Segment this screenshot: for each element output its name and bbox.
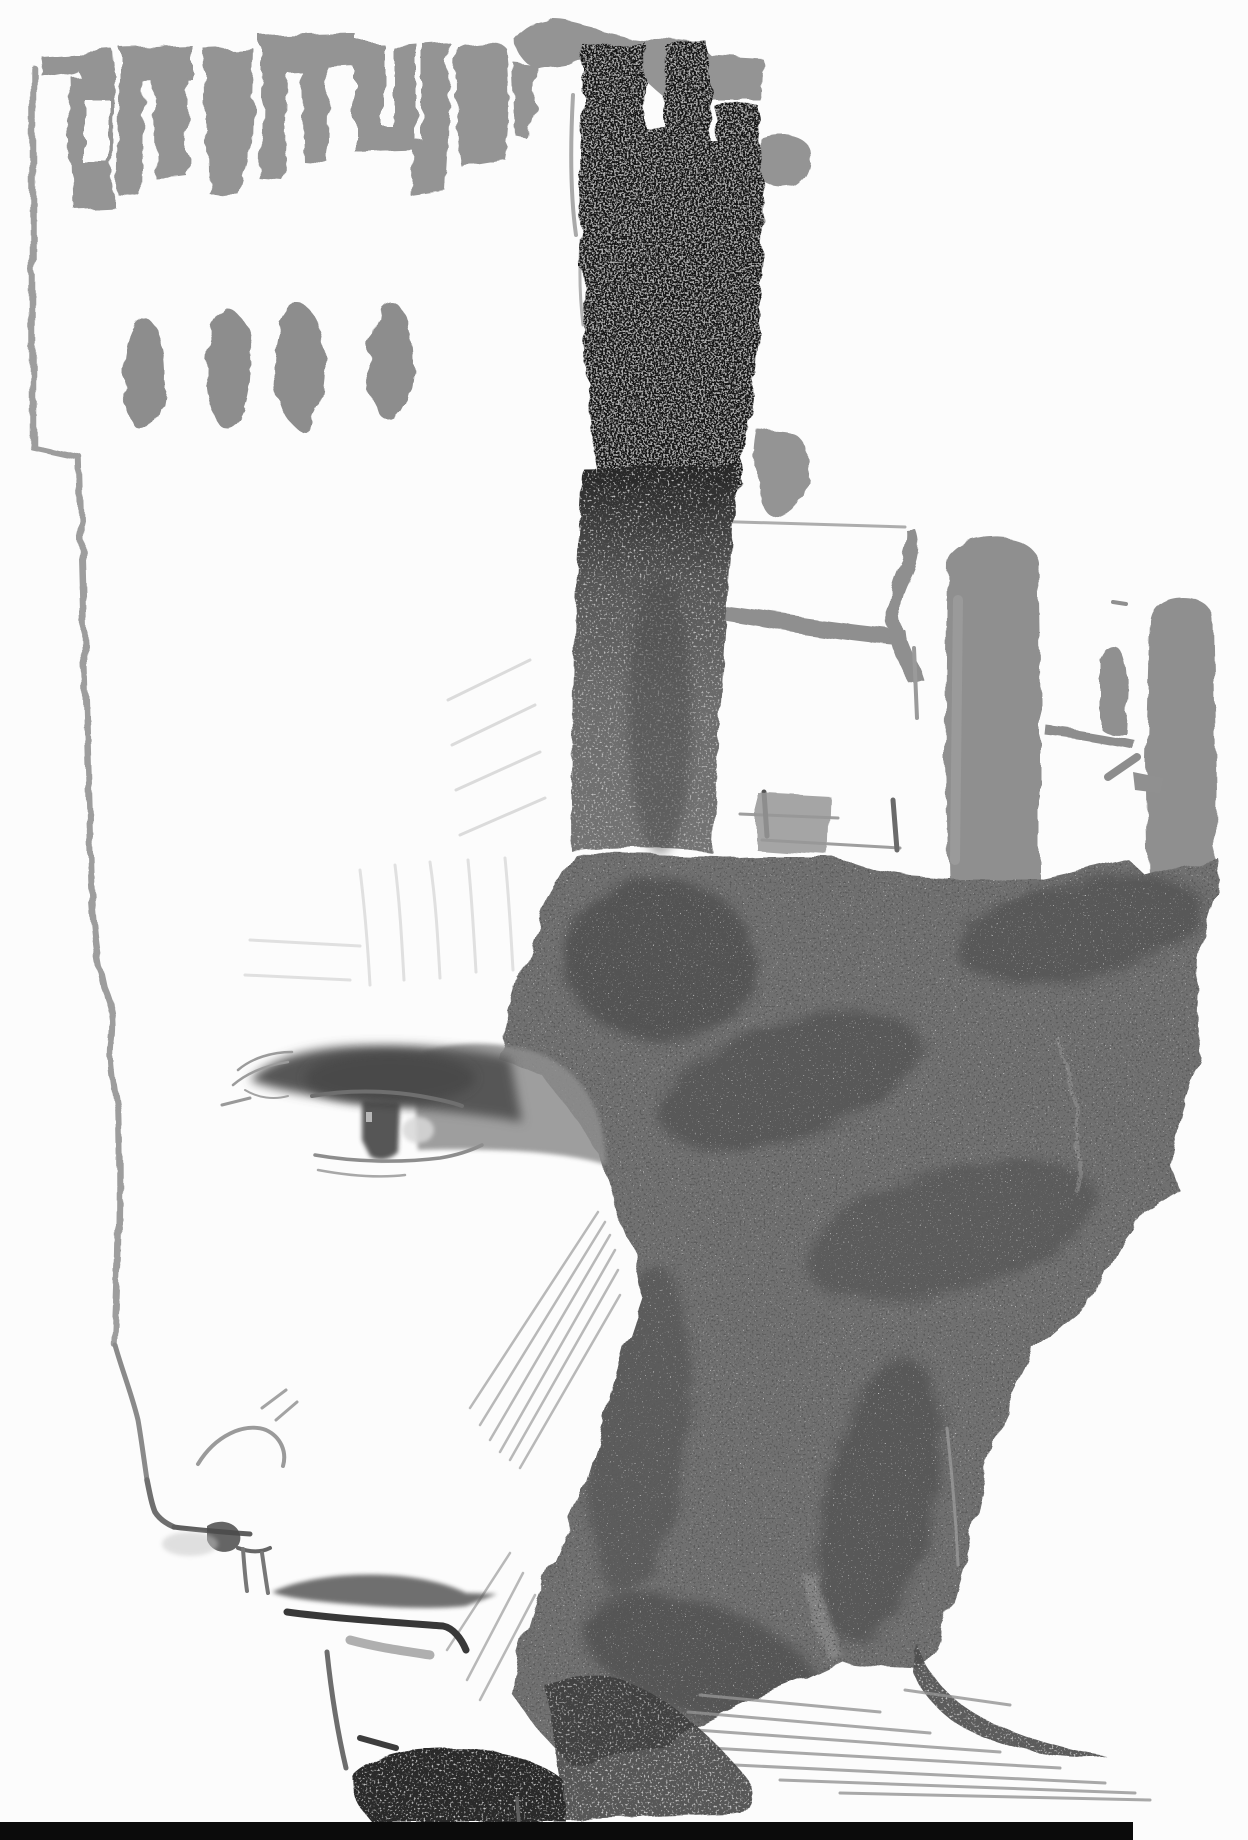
gray-lobe [757,429,807,518]
shaft-inner-streak [628,575,692,855]
window-blob [275,305,325,427]
battlement-stroke [260,70,286,182]
window-blob [367,301,413,421]
battlement-window-slot [85,100,110,165]
iris-glint [366,1112,372,1122]
battlement-stroke [455,40,511,167]
gray-lobe [710,55,762,100]
battlement-stroke [152,78,188,177]
battlement-stroke [120,46,193,83]
artwork-canvas [0,0,1248,1840]
column-a-light-streak [955,600,958,860]
teardrop-blob [1100,647,1127,734]
eyebrow-core [305,1052,475,1104]
wash-patch [757,792,830,855]
window-blob [123,318,165,432]
battlement-stroke [262,36,358,72]
bottom-black-bar [0,1822,1133,1840]
right-column-b [1146,597,1216,880]
eye-white [402,1117,434,1143]
battlement-stroke [300,66,330,162]
black-charcoal-tower [582,42,763,508]
iris [362,1100,400,1159]
window-blob [205,310,253,430]
under-nose-shadow [162,1532,218,1556]
hair-dark-patch [565,880,755,1040]
battlement-stroke [205,48,253,196]
tiny-mark [1113,602,1126,604]
battlement-stroke [118,80,143,197]
